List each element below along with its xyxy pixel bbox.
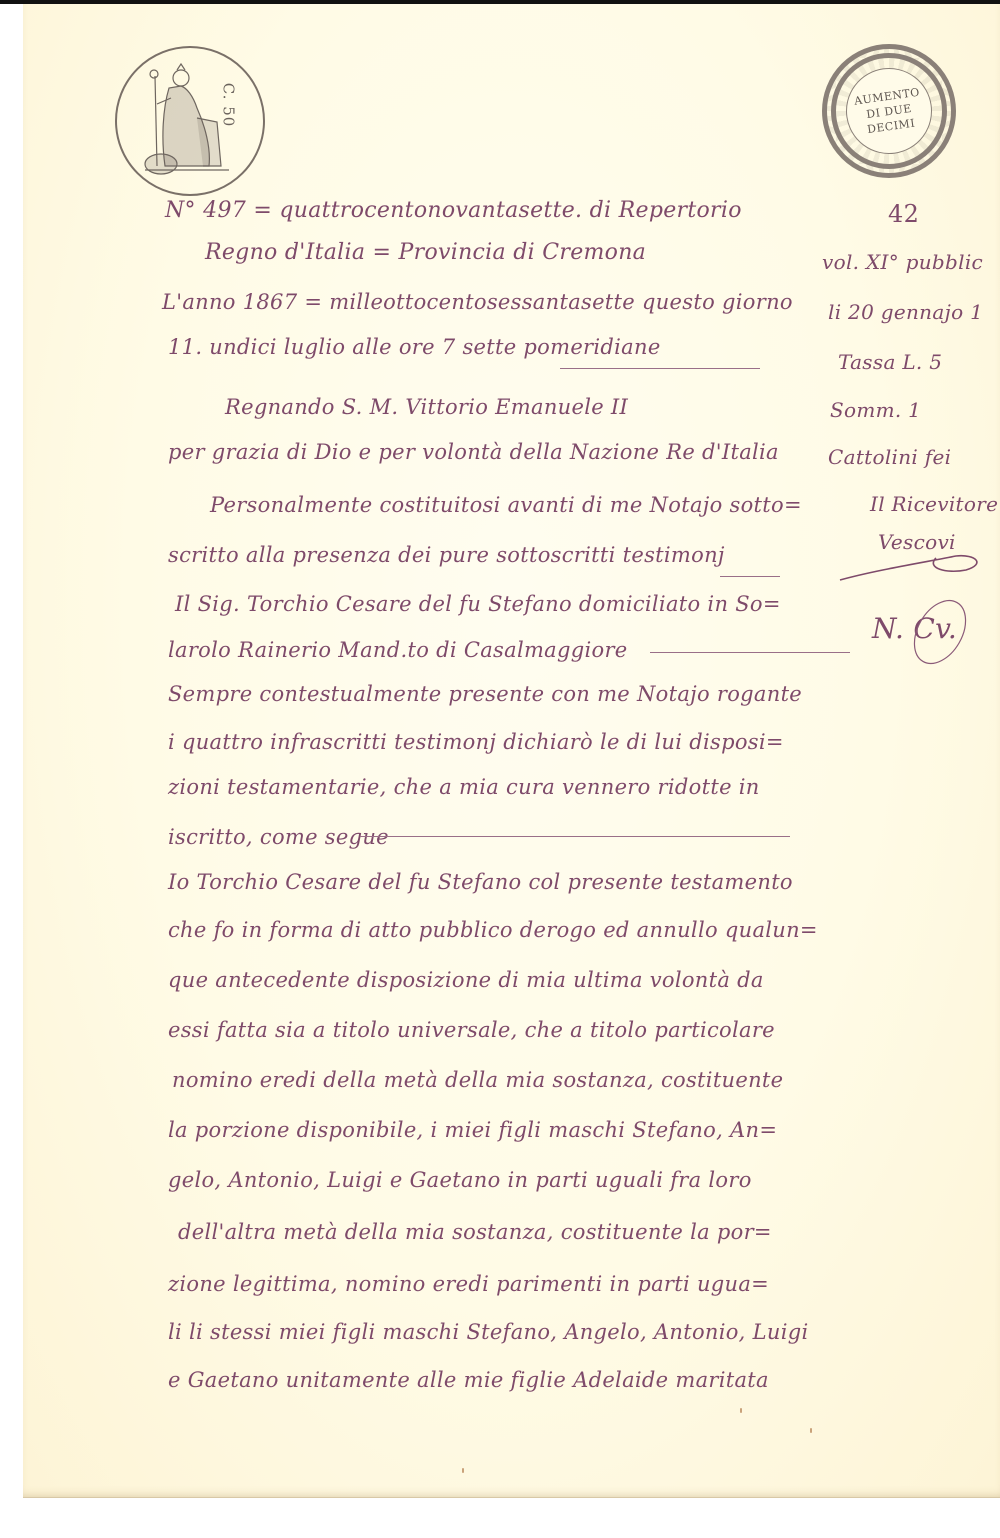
signature-flourish xyxy=(836,540,986,590)
body-line: Sempre contestualmente presente con me N… xyxy=(168,682,802,706)
body-line: que antecedente disposizione di mia ulti… xyxy=(168,968,764,992)
body-line: Il Sig. Torchio Cesare del fu Stefano do… xyxy=(175,592,781,616)
stamp-value: C. 50 xyxy=(220,83,238,128)
seated-italia-figure-icon xyxy=(117,48,263,194)
paper-speck xyxy=(810,1428,812,1433)
body-line: zione legittima, nomino eredi parimenti … xyxy=(168,1272,769,1296)
body-line: e Gaetano unitamente alle mie figlie Ade… xyxy=(168,1368,769,1392)
margin-line: Il Ricevitore xyxy=(870,492,998,516)
body-line: essi fatta sia a titolo universale, che … xyxy=(168,1018,775,1042)
margin-line: Somm. 1 xyxy=(830,398,921,422)
initials-loop xyxy=(905,592,975,672)
line-filler xyxy=(720,576,780,577)
body-line: che fo in forma di atto pubblico derogo … xyxy=(168,918,818,942)
body-line: i quattro infrascritti testimonj dichiar… xyxy=(168,730,784,754)
margin-line: vol. XI° pubblic xyxy=(822,250,983,274)
line-filler xyxy=(360,836,790,837)
body-line: Regnando S. M. Vittorio Emanuele II xyxy=(225,395,628,419)
surcharge-stamp: AUMENTO DI DUE DECIMI xyxy=(822,44,956,178)
line-filler xyxy=(650,652,850,653)
body-line: nomino eredi della metà della mia sostan… xyxy=(172,1068,783,1092)
body-line: li li stessi miei figli maschi Stefano, … xyxy=(168,1320,808,1344)
margin-number: 42 xyxy=(888,200,919,228)
body-line: larolo Rainerio Mand.to di Casalmaggiore xyxy=(168,638,628,662)
body-line: 11. undici luglio alle ore 7 sette pomer… xyxy=(168,335,661,359)
body-line: L'anno 1867 = milleottocentosessantasett… xyxy=(162,290,793,314)
body-line: dell'altra metà della mia sostanza, cost… xyxy=(178,1220,772,1244)
paper-speck xyxy=(740,1408,742,1413)
line-filler xyxy=(560,368,760,369)
revenue-stamp: C. 50 xyxy=(115,46,265,196)
body-line: iscritto, come segue xyxy=(168,825,389,849)
paper-speck xyxy=(462,1468,464,1473)
body-line: Io Torchio Cesare del fu Stefano col pre… xyxy=(168,870,793,894)
body-line: per grazia di Dio e per volontà della Na… xyxy=(168,440,779,464)
surcharge-stamp-text: AUMENTO DI DUE DECIMI xyxy=(840,62,937,159)
margin-line: Tassa L. 5 xyxy=(838,350,942,374)
margin-line: li 20 gennajo 1 xyxy=(828,300,983,324)
body-line: scritto alla presenza dei pure sottoscri… xyxy=(168,543,725,567)
repertory-line: N° 497 = quattrocentonovantasette. di Re… xyxy=(165,198,742,223)
kingdom-province-line: Regno d'Italia = Provincia di Cremona xyxy=(205,240,646,265)
body-line: Personalmente costituitosi avanti di me … xyxy=(210,493,802,517)
body-line: gelo, Antonio, Luigi e Gaetano in parti … xyxy=(168,1168,752,1192)
body-line: la porzione disponibile, i miei figli ma… xyxy=(168,1118,777,1142)
margin-line: Cattolini fei xyxy=(828,445,951,469)
body-line: zioni testamentarie, che a mia cura venn… xyxy=(168,775,760,799)
